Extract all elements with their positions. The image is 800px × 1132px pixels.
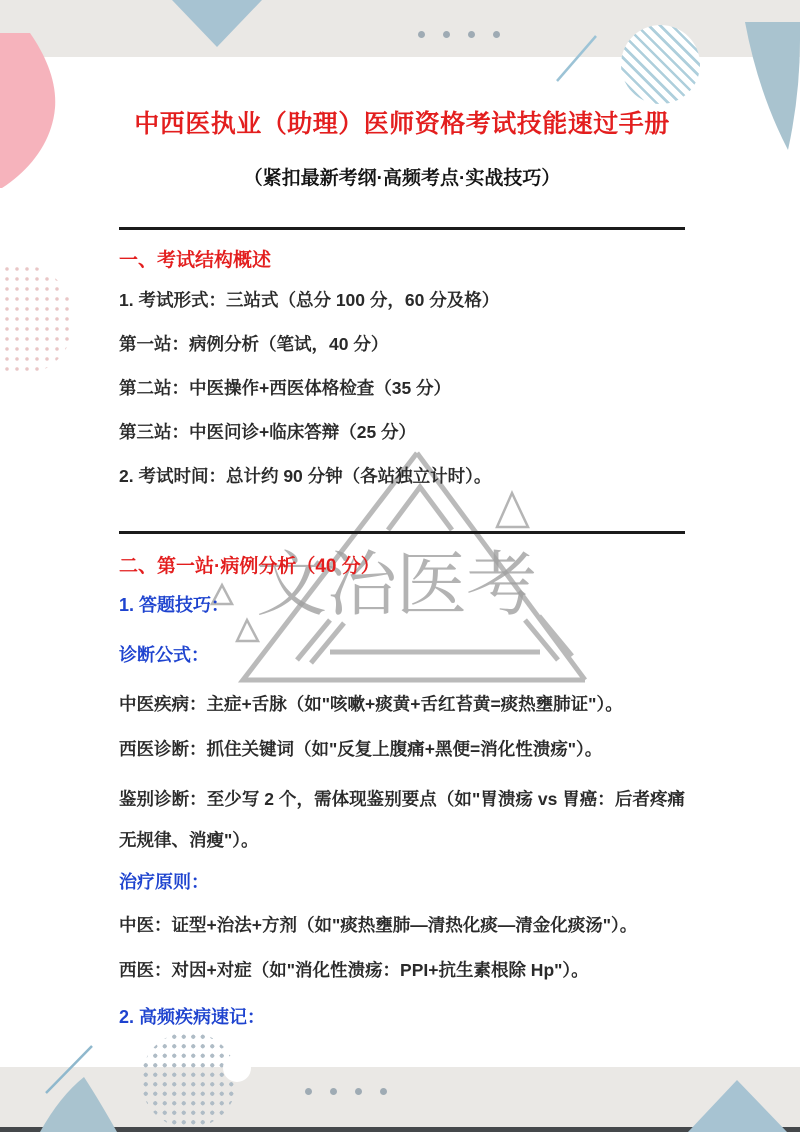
western-diagnosis-line: 西医诊断：抓住关键词（如"反复上腹痛+黑便=消化性溃疡"）。 xyxy=(119,736,685,761)
western-treatment-line: 西医：对因+对症（如"消化性溃疡：PPI+抗生素根除 Hp"）。 xyxy=(119,957,685,982)
divider-line xyxy=(119,227,685,230)
station3-line: 第三站：中医问诊+临床答辩（25 分） xyxy=(119,419,685,444)
tcm-disease-line: 中医疾病：主症+舌脉（如"咳嗽+痰黄+舌红苔黄=痰热壅肺证"）。 xyxy=(119,691,685,716)
page-title: 中西医执业（助理）医师资格考试技能速过手册 xyxy=(119,104,685,140)
station2-line: 第二站：中医操作+西医体格检查（35 分） xyxy=(119,375,685,400)
page-subtitle: （紧扣最新考纲·高频考点·实战技巧） xyxy=(119,163,685,190)
high-freq-heading: 2. 高频疾病速记： xyxy=(119,1003,685,1029)
section2-heading: 二、第一站·病例分析（40 分） xyxy=(119,551,685,578)
exam-format-line: 1. 考试形式：三站式（总分 100 分，60 分及格） xyxy=(119,287,685,312)
exam-time-line: 2. 考试时间：总计约 90 分钟（各站独立计时）。 xyxy=(119,463,685,488)
station1-line: 第一站：病例分析（笔试，40 分） xyxy=(119,331,685,356)
tcm-treatment-line: 中医：证型+治法+方剂（如"痰热壅肺—清热化痰—清金化痰汤"）。 xyxy=(119,912,685,937)
treatment-principle-heading: 治疗原则： xyxy=(119,868,685,894)
section1-heading: 一、考试结构概述 xyxy=(119,245,685,272)
diagnosis-formula-heading: 诊断公式： xyxy=(119,641,685,667)
divider-line xyxy=(119,531,685,534)
differential-diagnosis-line: 鉴别诊断：至少写 2 个，需体现鉴别要点（如"胃溃疡 vs 胃癌：后者疼痛无规律… xyxy=(119,779,685,861)
document-page: 文治医考 中西医执业（助理）医师资格考试技能速过手册 （紧扣最新考纲·高频考点·… xyxy=(0,0,800,1132)
document-content: 中西医执业（助理）医师资格考试技能速过手册 （紧扣最新考纲·高频考点·实战技巧）… xyxy=(0,0,800,1132)
answer-skills-heading: 1. 答题技巧： xyxy=(119,591,685,617)
